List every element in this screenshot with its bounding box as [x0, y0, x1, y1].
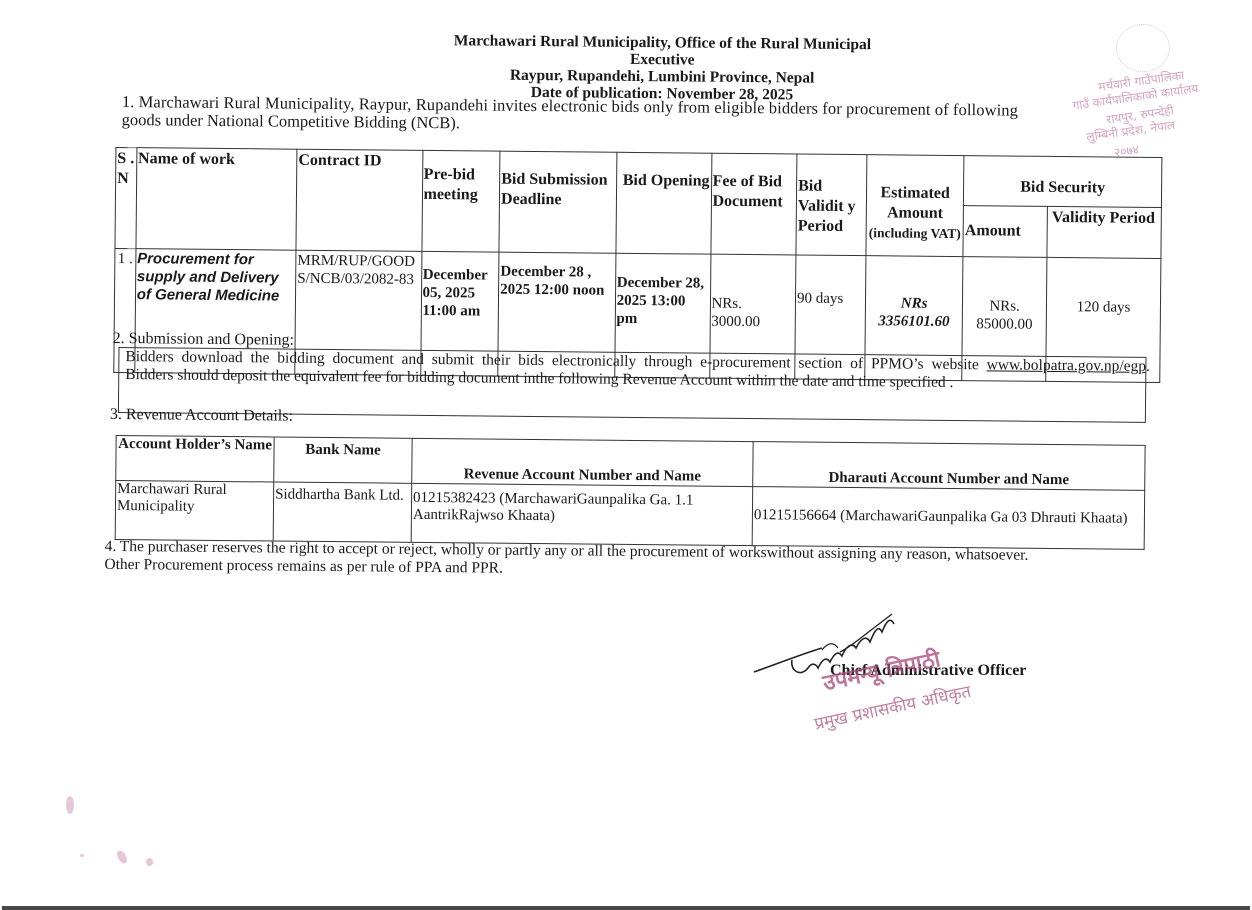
bolpatra-link[interactable]: www.bolpatra.gov.np/egp	[987, 356, 1147, 375]
cell-bank-name: Siddhartha Bank Ltd.	[273, 482, 412, 542]
header-account-holder: Account Holder’s Name	[116, 435, 274, 482]
header-pre-bid: Pre-bid meeting	[421, 150, 500, 252]
cell-account-holder: Marchawari Rural Municipality	[115, 480, 274, 541]
header-dharauti-account: Dharauti Account Number and Name	[753, 442, 1145, 491]
header-revenue-account: Revenue Account Number and Name	[412, 438, 753, 486]
header-bank-name: Bank Name	[274, 437, 412, 483]
procurement-notice-page: Marchawari Rural Municipality, Office of…	[0, 0, 1252, 910]
estimated-amount-label: Estimated Amount	[880, 184, 949, 222]
account-details-table: Account Holder’s Name Bank Name Revenue …	[115, 435, 1146, 550]
header-security-validity: Validity Period	[1047, 206, 1161, 258]
submission-period: .	[1146, 358, 1150, 375]
scan-edge-bar	[2, 906, 1250, 910]
header-name-of-work: Name of work	[136, 148, 297, 251]
notice-header: Marchawari Rural Municipality, Office of…	[402, 32, 923, 105]
office-seal-stamp: मर्चवारी गाउँपालिका गाउँ कार्यपालिकाको क…	[1068, 22, 1208, 167]
header-sn: S . N	[115, 147, 137, 248]
seal-emblem-icon	[1116, 24, 1170, 72]
invitation-paragraph: 1. Marchawari Rural Municipality, Raypur…	[122, 93, 1082, 138]
header-submission-deadline: Bid Submission Deadline	[499, 151, 617, 253]
header-bid-validity: Bid Validit y Period	[796, 154, 867, 256]
header-contract-id: Contract ID	[296, 149, 422, 251]
header-bid-opening: Bid Opening	[616, 152, 712, 254]
header-security-amount: Amount	[963, 206, 1047, 258]
estimated-amount-note: (including VAT)	[869, 225, 961, 241]
cell-dharauti-account: 01215156664 (MarchawariGaunpalika Ga 03 …	[752, 487, 1145, 550]
section-3-title: 3. Revenue Account Details:	[110, 406, 293, 426]
header-estimated-amount: Estimated Amount (including VAT)	[866, 155, 964, 257]
seal-line: २०७४	[1113, 140, 1140, 160]
cell-revenue-account: 01215382423 (MarchawariGaunpalika Ga. 1.…	[411, 483, 753, 545]
header-fee: Fee of Bid Document	[710, 153, 796, 255]
